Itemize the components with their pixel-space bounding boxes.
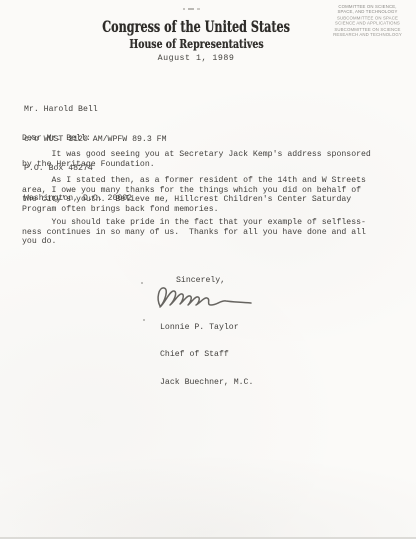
signer-title: Chief of Staff — [160, 350, 253, 359]
signature-block: Lonnie P. Taylor Chief of Staff Jack Bue… — [160, 304, 253, 406]
body-paragraph-1: It was good seeing you at Secretary Jack… — [22, 150, 398, 169]
letterhead-chamber-text: House of Representatives — [129, 36, 263, 51]
subcommittee-line: RESEARCH AND TECHNOLOGY — [325, 33, 410, 38]
body-paragraph-2: As I stated then, as a former resident o… — [22, 176, 398, 215]
committee-block: COMMITTEE ON SCIENCE, SPACE, AND TECHNOL… — [325, 5, 410, 39]
signer-name: Lonnie P. Taylor — [160, 323, 253, 332]
body-paragraph-3: You should take pride in the fact that y… — [22, 218, 398, 247]
letter-page: Congress of the United States House of R… — [0, 0, 416, 539]
subcommittee-line: SCIENCE AND APPLICATIONS — [325, 22, 410, 27]
valediction: Sincerely, — [176, 276, 225, 285]
signer-office: Jack Buechner, M.C. — [160, 378, 253, 387]
letter-date: August 1, 1989 — [0, 54, 392, 63]
recipient-name: Mr. Harold Bell — [24, 105, 167, 115]
committee-line: SPACE, AND TECHNOLOGY — [325, 10, 410, 15]
letterhead-organization-text: Congress of the United States — [102, 17, 290, 36]
scan-smudge-artifact — [183, 8, 200, 10]
scan-dot-artifact — [143, 319, 145, 321]
salutation: Dear Mr. Bell: — [22, 134, 91, 143]
scan-dot-artifact — [141, 282, 143, 284]
